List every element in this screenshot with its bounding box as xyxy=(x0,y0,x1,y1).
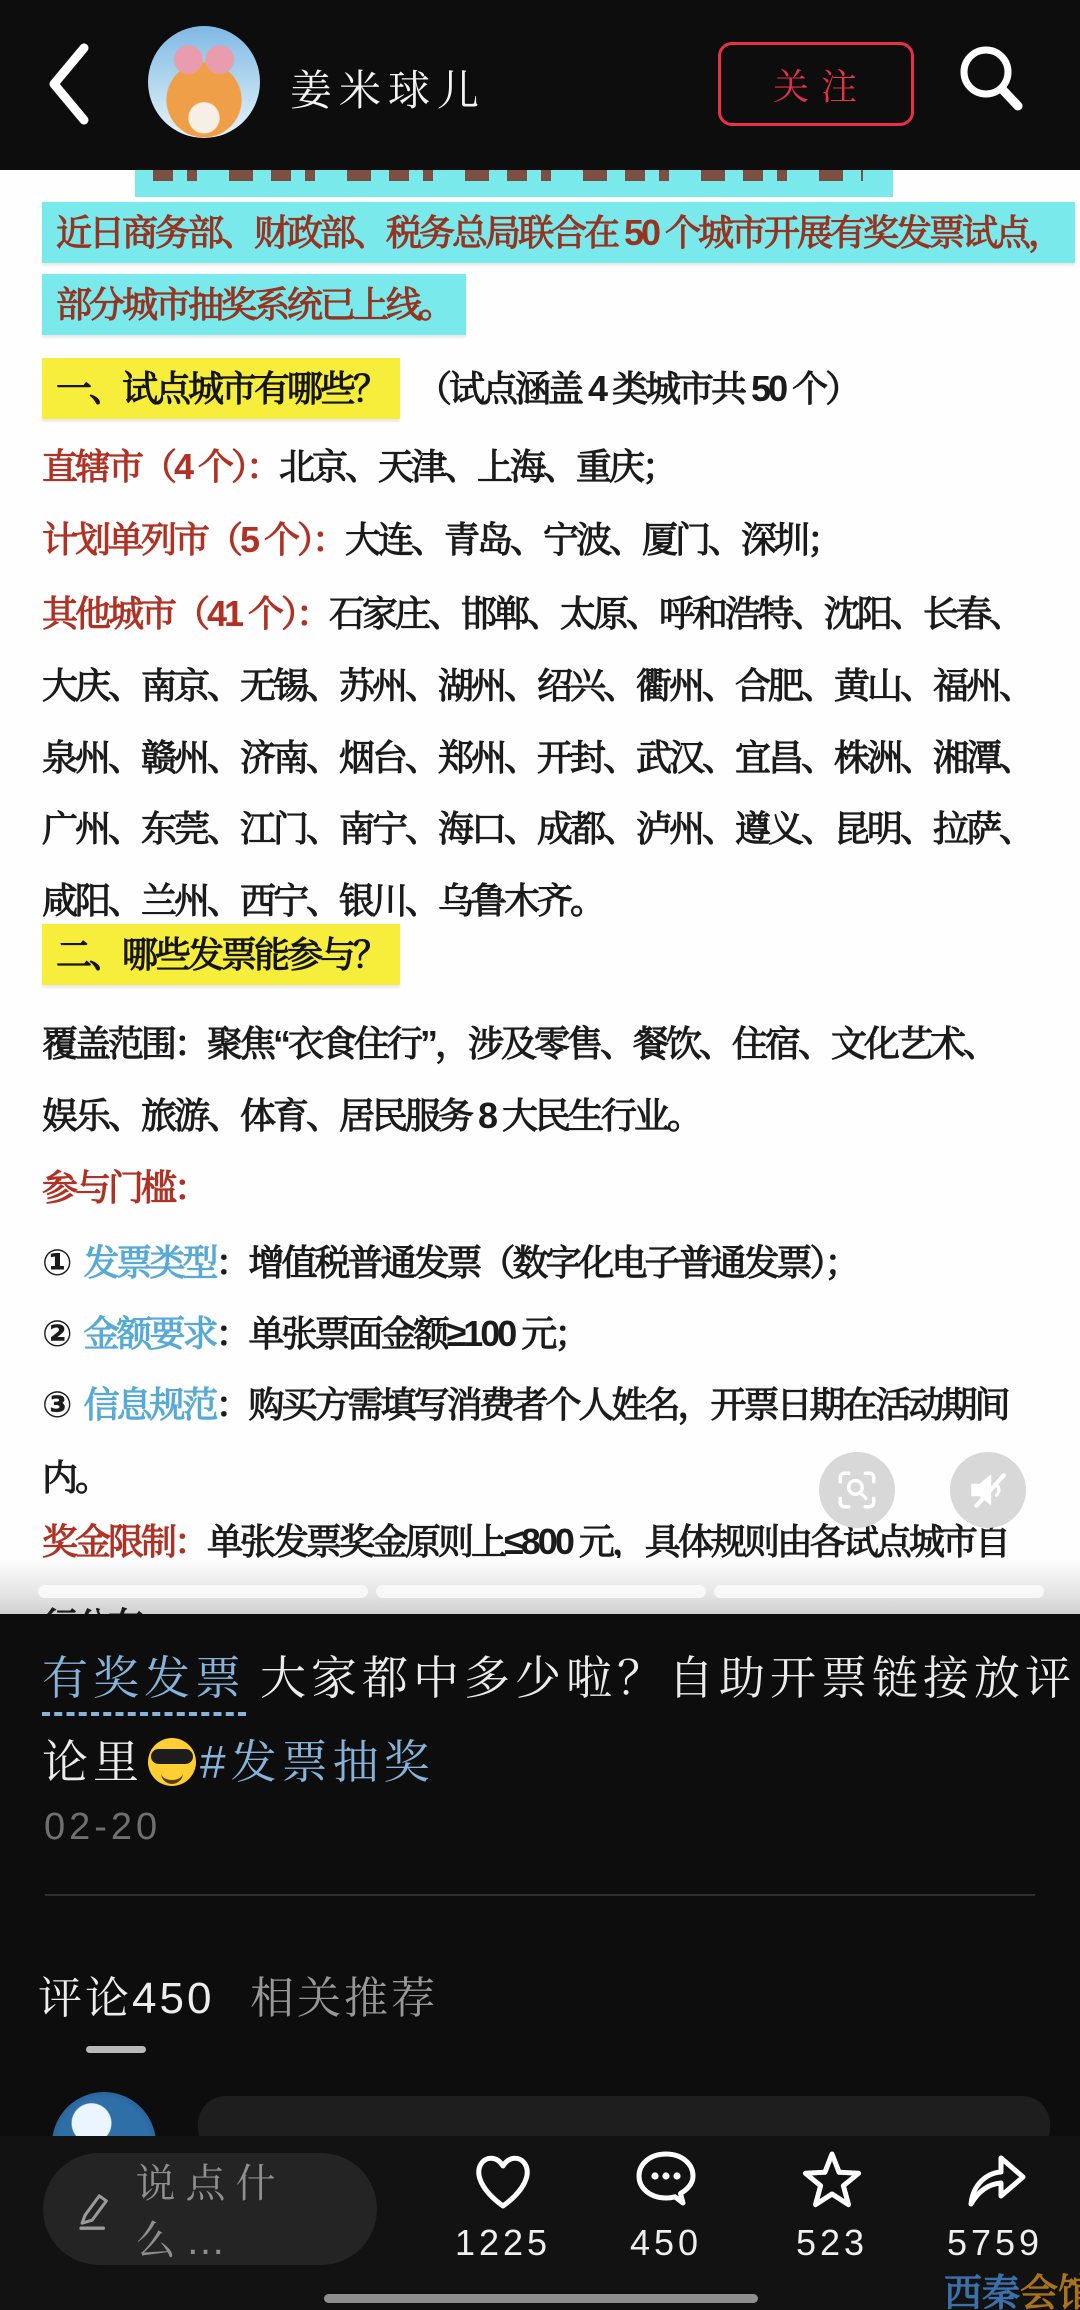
other-cities-text: 广州、东莞、江门、南宁、海口、成都、泸州、遵义、昆明、拉萨、 xyxy=(42,808,1032,849)
share-arrow-icon xyxy=(959,2144,1031,2216)
coverage-text: 娱乐、旅游、体育、居民服务 8 大民生行业。 xyxy=(42,1095,700,1136)
bottom-action-bar: 说点什么… 1225 450 523 5759 xyxy=(0,2136,1080,2310)
mute-button[interactable] xyxy=(950,1452,1026,1528)
item2-label: 金额要求 xyxy=(83,1313,215,1354)
post-date: 02-20 xyxy=(44,1806,161,1849)
other-cities-text: 咸阳、兰州、西宁、银川、乌鲁木齐。 xyxy=(42,880,603,921)
favorite-count: 523 xyxy=(796,2222,868,2264)
item2-text: ：单张票面金额≥100 元； xyxy=(216,1313,588,1354)
note-line: ②金额要求：单张票面金额≥100 元； xyxy=(42,1311,587,1357)
note-line: 直辖市（4 个）：北京、天津、上海、重庆； xyxy=(42,444,675,490)
watermark-text: 西秦 xyxy=(944,2273,1020,2310)
prize-text: 单张发票奖金原则上≤800 元，具体规则由各试点城市自 xyxy=(207,1521,1008,1562)
favorite-button[interactable]: 523 xyxy=(764,2144,900,2264)
note-line: 广州、东莞、江门、南宁、海口、成都、泸州、遵义、昆明、拉萨、 xyxy=(42,806,1032,852)
item3-label: 信息规范 xyxy=(83,1384,215,1425)
heart-icon xyxy=(467,2144,539,2216)
municipalities-text: 北京、天津、上海、重庆； xyxy=(279,446,675,487)
item1-text: ：增值税普通发票（数字化电子普通发票）； xyxy=(216,1242,858,1283)
item3-continuation: 内。 xyxy=(42,1457,108,1498)
note-line: 内。 xyxy=(42,1455,108,1501)
tab-comments[interactable]: 评论450 xyxy=(38,1962,214,2026)
comment-count: 450 xyxy=(630,2222,702,2264)
search-icon[interactable] xyxy=(952,40,1032,120)
progress-segment xyxy=(376,1585,706,1598)
clipped-text-fragments xyxy=(153,170,863,181)
share-button[interactable]: 5759 xyxy=(927,2144,1063,2264)
note-line: 覆盖范围：聚焦“衣食住行”，涉及零售、餐饮、住宿、文化艺术、 xyxy=(42,1021,996,1067)
like-button[interactable]: 1225 xyxy=(435,2144,571,2264)
other-cities-text: 石家庄、邯郸、太原、呼和浩特、沈阳、长春、 xyxy=(329,593,1022,634)
follow-button[interactable]: 关注 xyxy=(718,42,914,126)
item3-text: ：购买方需填写消费者个人姓名，开票日期在活动期间 xyxy=(216,1384,1008,1425)
author-avatar[interactable] xyxy=(148,26,260,138)
like-count: 1225 xyxy=(455,2222,551,2264)
note-line: ①发票类型：增值税普通发票（数字化电子普通发票）； xyxy=(42,1240,858,1286)
note-line: 近日商务部、财政部、税务总局联合在 50 个城市开展有奖发票试点， xyxy=(42,210,1075,256)
note-line: 娱乐、旅游、体育、居民服务 8 大民生行业。 xyxy=(42,1093,700,1139)
keyword-link[interactable]: 有奖发票 xyxy=(42,1652,246,1716)
section1-note: （试点涵盖 4 类城市共 50 个） xyxy=(416,368,858,409)
note-line: 泉州、赣州、济南、烟台、郑州、开封、武汉、宜昌、株洲、湘潭、 xyxy=(42,735,1032,781)
coverage-text: 聚焦“衣食住行”，涉及零售、餐饮、住宿、文化艺术、 xyxy=(207,1023,996,1064)
scan-search-icon xyxy=(834,1467,880,1513)
intro-line-2: 部分城市抽奖系统已上线。 xyxy=(42,274,466,335)
hashtag-link[interactable]: #发票抽奖 xyxy=(200,1736,435,1788)
back-icon[interactable] xyxy=(44,40,94,128)
item3-number: ③ xyxy=(42,1384,69,1425)
note-line: 大庆、南京、无锡、苏州、湖州、绍兴、衢州、合肥、黄山、福州、 xyxy=(42,663,1032,709)
coverage-label: 覆盖范围： xyxy=(42,1023,207,1064)
prize-label: 奖金限制： xyxy=(42,1521,207,1562)
note-line: 参与门槛： xyxy=(42,1165,207,1211)
top-bar: 姜米球儿 关注 xyxy=(0,0,1080,170)
active-tab-indicator xyxy=(86,2046,146,2053)
video-note-page: 姜米球儿 关注 近日商务部、财政部、税务总局联合在 50 个城市开展有奖发票试点… xyxy=(0,0,1080,2310)
author-username[interactable]: 姜米球儿 xyxy=(290,58,486,118)
note-line: ③信息规范：购买方需填写消费者个人姓名，开票日期在活动期间 xyxy=(42,1382,1008,1428)
muted-speaker-icon xyxy=(965,1467,1011,1513)
watermark: 西秦会馆 xyxy=(944,2262,1080,2310)
watermark-text: 会馆 xyxy=(1020,2273,1080,2310)
planned-cities-text: 大连、青岛、宁波、厦门、深圳； xyxy=(345,519,840,560)
other-cities-text: 泉州、赣州、济南、烟台、郑州、开封、武汉、宜昌、株洲、湘潭、 xyxy=(42,737,1032,778)
municipalities-label: 直辖市（4 个）： xyxy=(42,446,279,487)
other-cities-text: 大庆、南京、无锡、苏州、湖州、绍兴、衢州、合肥、黄山、福州、 xyxy=(42,665,1032,706)
progress-segment xyxy=(714,1585,1044,1598)
caption-line-2: 论里#发票抽奖 xyxy=(42,1726,435,1792)
share-count: 5759 xyxy=(947,2222,1043,2264)
comment-input[interactable]: 说点什么… xyxy=(43,2153,377,2265)
tab-related[interactable]: 相关推荐 xyxy=(250,1962,438,2026)
item1-number: ① xyxy=(42,1242,69,1283)
truncated-prize-text: 行公布 xyxy=(42,1598,141,1614)
planned-cities-label: 计划单列市（5 个）： xyxy=(42,519,345,560)
section-divider xyxy=(45,1894,1035,1896)
note-line: 咸阳、兰州、西宁、银川、乌鲁木齐。 xyxy=(42,878,603,924)
progress-segment xyxy=(38,1585,368,1598)
threshold-label: 参与门槛： xyxy=(42,1167,207,1208)
item2-number: ② xyxy=(42,1313,69,1354)
truncated-highlight-line xyxy=(135,170,893,197)
home-indicator[interactable] xyxy=(324,2294,758,2303)
intro-line-1: 近日商务部、财政部、税务总局联合在 50 个城市开展有奖发票试点， xyxy=(42,202,1075,263)
note-line: 其他城市（41 个）：石家庄、邯郸、太原、呼和浩特、沈阳、长春、 xyxy=(42,591,1022,637)
caption-line-1: 有奖发票大家都中多少啦？自助开票链接放评 xyxy=(42,1642,1076,1708)
sunglasses-emoji xyxy=(148,1738,196,1786)
note-image[interactable]: 近日商务部、财政部、税务总局联合在 50 个城市开展有奖发票试点， 部分城市抽奖… xyxy=(0,170,1080,1614)
star-icon xyxy=(796,2144,868,2216)
other-cities-label: 其他城市（41 个）： xyxy=(42,593,329,634)
image-search-button[interactable] xyxy=(819,1452,895,1528)
comment-button[interactable]: 450 xyxy=(598,2144,734,2264)
note-line: 计划单列市（5 个）：大连、青岛、宁波、厦门、深圳； xyxy=(42,517,840,563)
item1-label: 发票类型 xyxy=(83,1242,215,1283)
caption-text: 大家都中多少啦？自助开票链接放评 xyxy=(260,1652,1076,1704)
note-line: 部分城市抽奖系统已上线。 xyxy=(42,282,466,328)
comment-placeholder: 说点什么… xyxy=(135,2152,377,2266)
note-line: 二、哪些发票能参与？ xyxy=(42,932,400,978)
caption-text: 论里 xyxy=(42,1736,144,1788)
pencil-icon xyxy=(73,2186,117,2232)
note-line: 一、试点城市有哪些？（试点涵盖 4 类城市共 50 个） xyxy=(42,366,858,412)
comment-bubble-icon xyxy=(630,2144,702,2216)
section2-title: 二、哪些发票能参与？ xyxy=(42,924,400,985)
section1-title: 一、试点城市有哪些？ xyxy=(42,358,400,419)
